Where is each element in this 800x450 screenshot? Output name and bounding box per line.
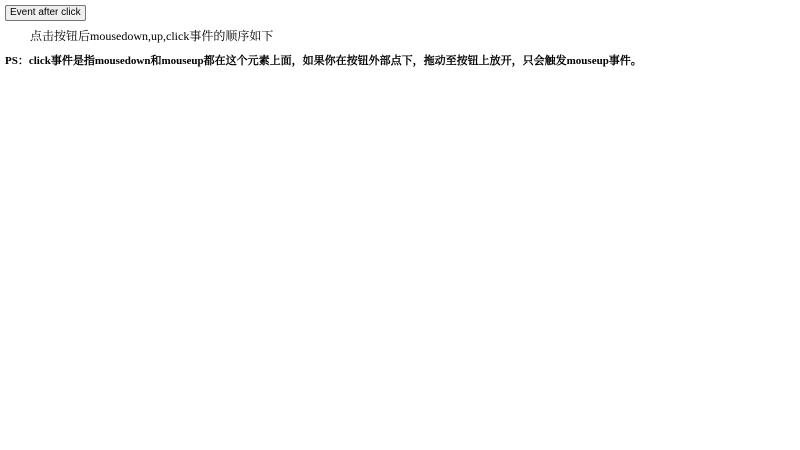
event-order-description: 点击按钮后mousedown,up,click事件的顺序如下 bbox=[30, 28, 273, 44]
event-after-click-button[interactable]: Event after click bbox=[5, 5, 86, 21]
ps-note: PS：click事件是指mousedown和mouseup都在这个元素上面，如果… bbox=[5, 53, 642, 69]
